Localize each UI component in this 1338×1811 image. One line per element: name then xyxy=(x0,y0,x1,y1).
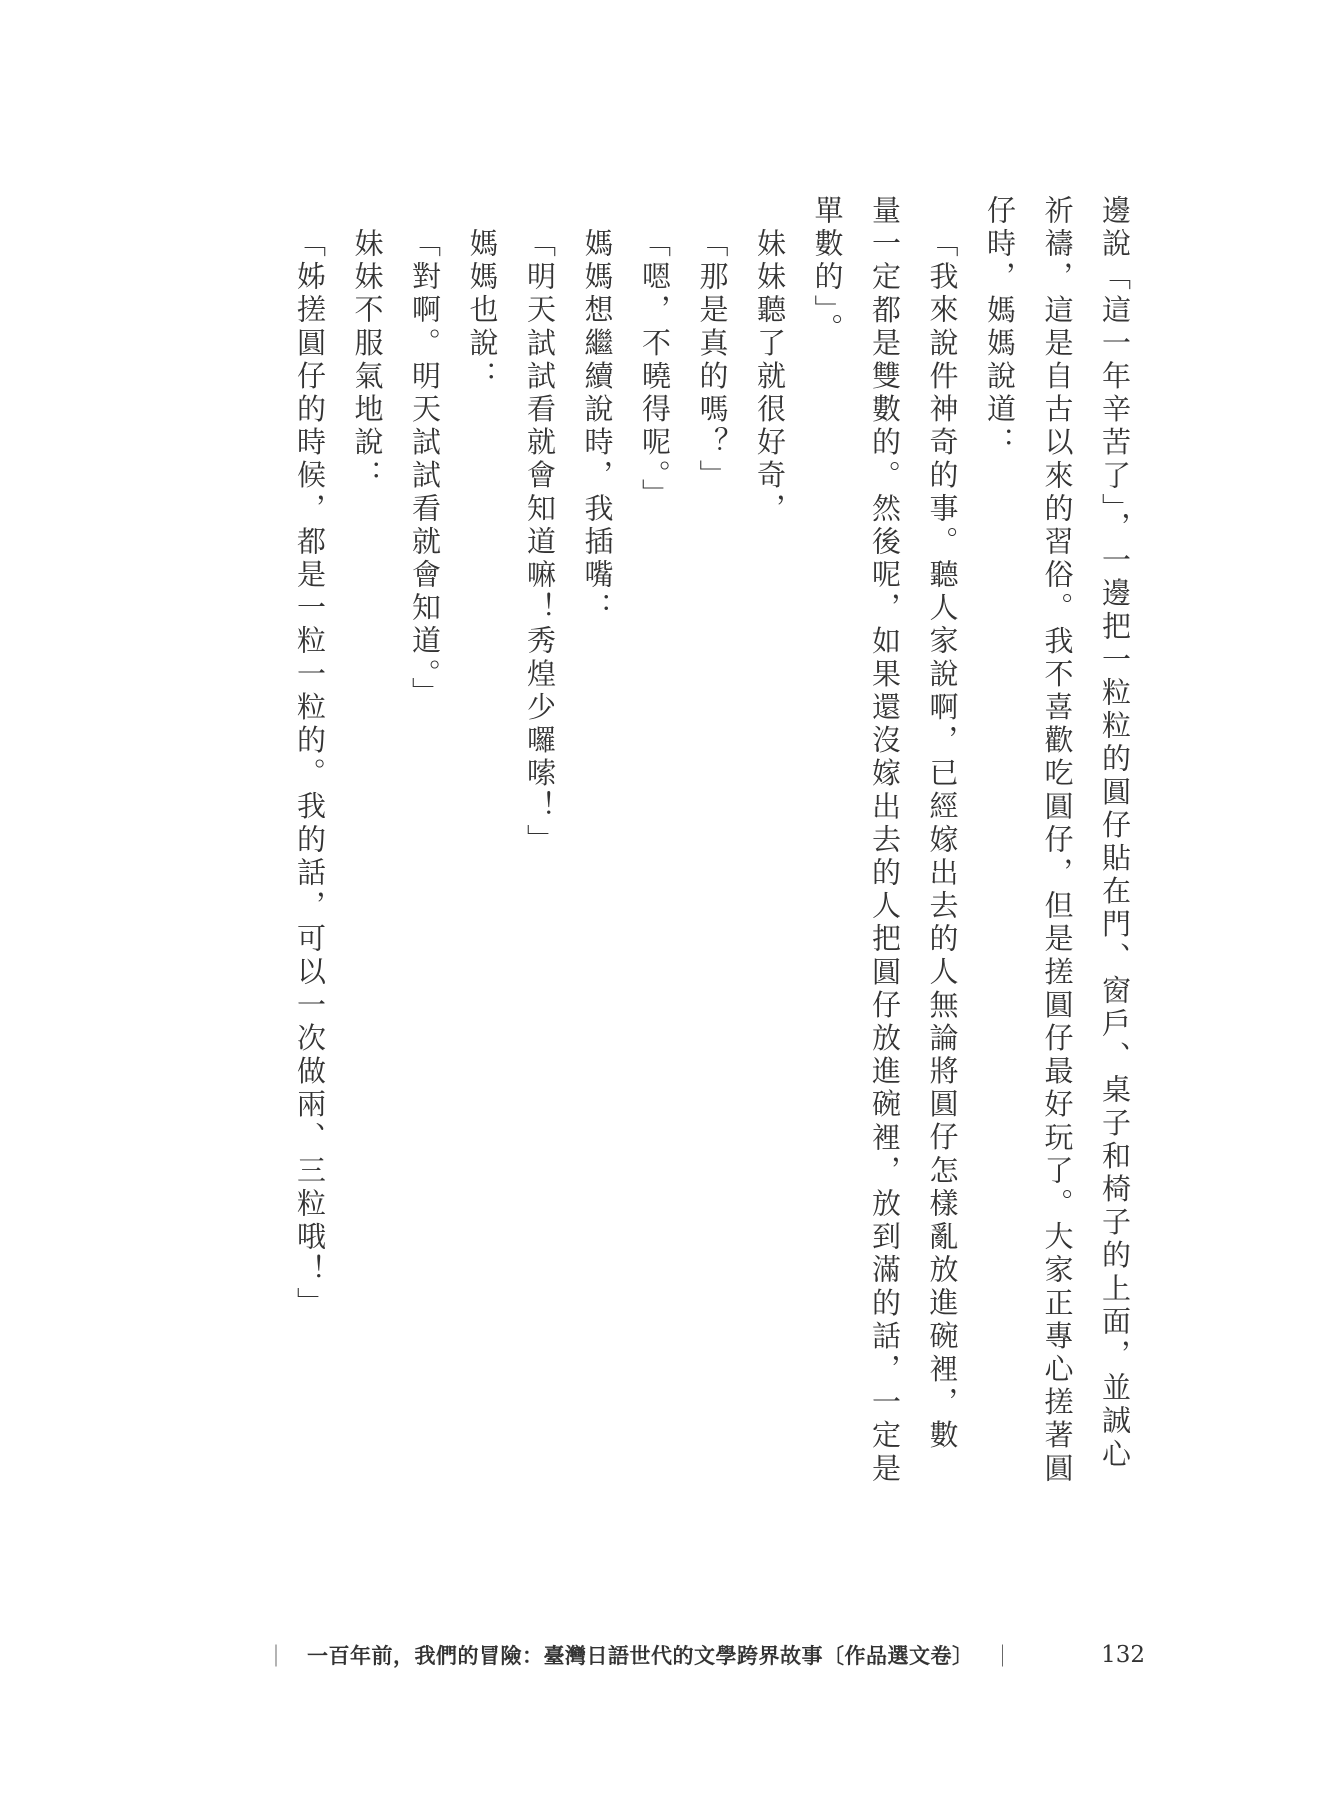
text-column-7: 妹妹聽了就很好奇， xyxy=(741,195,799,1445)
text-column-10: 媽媽想繼續說時，我插嘴： xyxy=(568,195,626,1445)
footer-separator-left: ｜ xyxy=(265,1640,287,1671)
text-column-13: 「對啊。明天試試看就會知道。」 xyxy=(396,195,454,1445)
text-column-8: 「那是真的嗎？」 xyxy=(683,195,741,1445)
text-column-12: 媽媽也說： xyxy=(453,195,511,1445)
text-column-14: 妹妹不服氣地說： xyxy=(338,195,396,1445)
text-column-1: 邊說「這一年辛苦了」，一邊把一粒粒的圓仔貼在門、窗戶、桌子和椅子的上面，並誠心 xyxy=(1086,195,1144,1445)
text-column-11: 「明天試試看就會知道嘛！秀煌少囉嗦！」 xyxy=(511,195,569,1445)
text-column-5: 量一定都是雙數的。然後呢，如果還沒嫁出去的人把圓仔放進碗裡，放到滿的話，一定是 xyxy=(856,195,914,1445)
text-column-2: 祈禱，這是自古以來的習俗。我不喜歡吃圓仔，但是搓圓仔最好玩了。大家正專心搓著圓 xyxy=(1028,195,1086,1445)
page-number: 132 xyxy=(1101,1642,1145,1668)
text-column-9: 「嗯，不曉得呢。」 xyxy=(626,195,684,1445)
text-column-3: 仔時，媽媽說道： xyxy=(971,195,1029,1445)
page-footer: ｜ 一百年前，我們的冒險：臺灣日語世代的文學跨界故事〔作品選文卷〕 ｜ 132 xyxy=(265,1638,1145,1672)
running-title: 一百年前，我們的冒險：臺灣日語世代的文學跨界故事〔作品選文卷〕 xyxy=(307,1640,974,1670)
book-page: 邊說「這一年辛苦了」，一邊把一粒粒的圓仔貼在門、窗戶、桌子和椅子的上面，並誠心 … xyxy=(0,0,1338,1811)
text-column-15: 「姊搓圓仔的時候，都是一粒一粒的。我的話，可以一次做兩、三粒哦！」 xyxy=(281,195,339,1445)
text-column-6: 單數的」。 xyxy=(798,195,856,1445)
footer-separator-right: ｜ xyxy=(992,1640,1014,1671)
text-column-4: 「我來說件神奇的事。聽人家說啊，已經嫁出去的人無論將圓仔怎樣亂放進碗裡，數 xyxy=(913,195,971,1445)
vertical-text-body: 邊說「這一年辛苦了」，一邊把一粒粒的圓仔貼在門、窗戶、桌子和椅子的上面，並誠心 … xyxy=(281,195,1144,1445)
